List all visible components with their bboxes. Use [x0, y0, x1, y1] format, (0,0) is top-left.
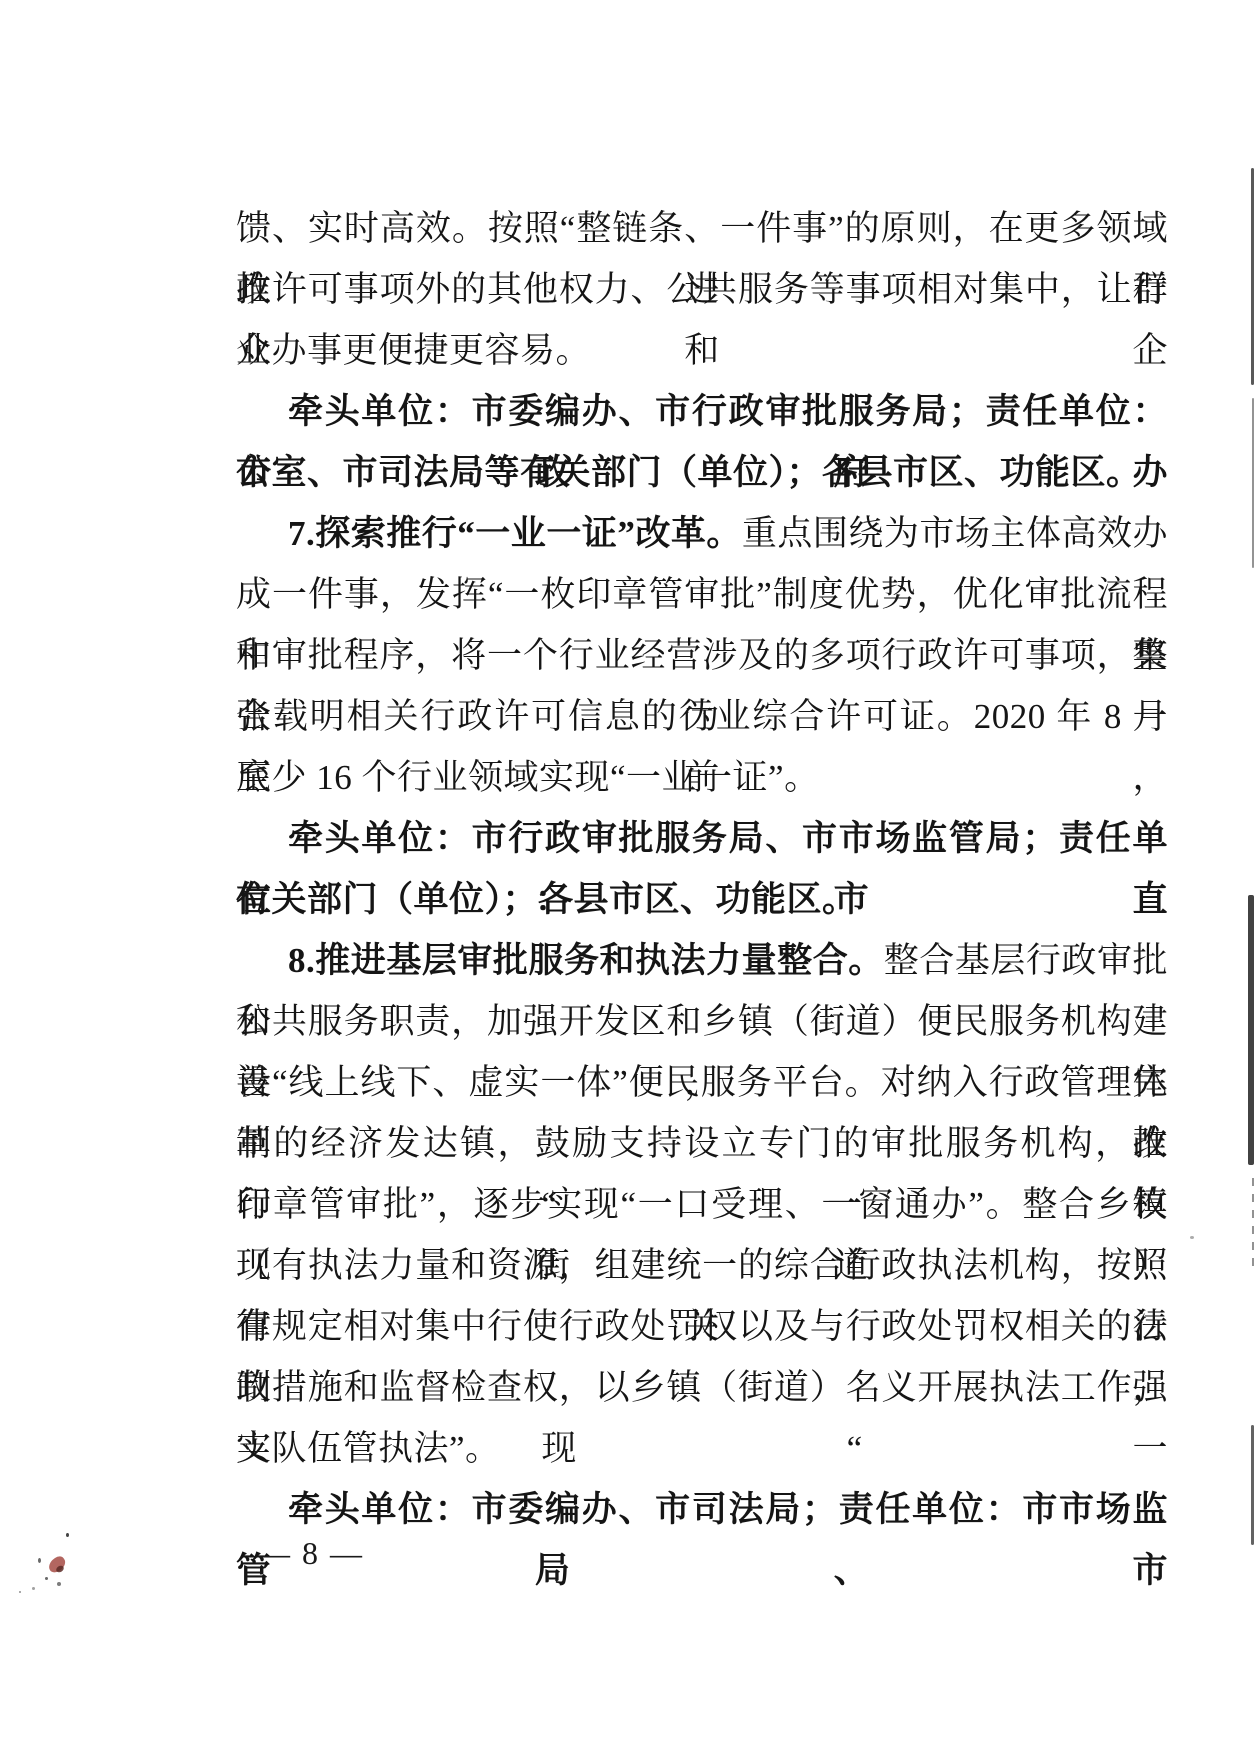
scan-streak-artifact	[1252, 398, 1254, 568]
text-line: 现有执法力量和资源，组建统一的综合行政执法机构，按照有关法	[236, 1235, 1168, 1296]
scan-streak-artifact	[1251, 168, 1254, 385]
text-line: 善“线上线下、虚实一体”便民服务平台。对纳入行政管理体制改	[236, 1052, 1168, 1113]
ink-speck	[57, 1582, 61, 1586]
text-line: 政许可事项外的其他权力、公共服务等事项相对集中，让群众和企	[236, 259, 1168, 320]
bold-text-segment: 8.推进基层审批服务和执法力量整合。	[288, 941, 884, 980]
ink-speck	[66, 1533, 69, 1537]
ink-speck	[1190, 1236, 1194, 1239]
bold-text-segment: 牵头单位：市委编办、市司法局；责任单位：市市场监管局、市	[236, 1490, 1168, 1590]
ink-speck	[19, 1591, 21, 1593]
text-segment: 至少 16 个行业领域实现“一业一证”。	[236, 758, 820, 797]
scan-streak-artifact	[1251, 1425, 1254, 1545]
text-line: 律规定相对集中行使行政处罚权以及与行政处罚权相关的行政强	[236, 1296, 1168, 1357]
text-line: 公室、市司法局等有关部门（单位）；各县市区、功能区。	[236, 442, 1168, 503]
ink-speck	[32, 1587, 35, 1590]
bold-text-segment: 7.探索推行“一业一证”改革。	[288, 514, 742, 553]
text-line: 张载明相关行政许可信息的行业综合许可证。2020 年 8 月底前，	[236, 686, 1168, 747]
text-line: 革的经济发达镇，鼓励支持设立专门的审批服务机构，推行“一枚	[236, 1113, 1168, 1174]
text-segment: 业办事更便捷更容易。	[236, 331, 591, 370]
text-line: 公共服务职责，加强开发区和乡镇（街道）便民服务机构建设，完	[236, 991, 1168, 1052]
text-line: 中审批程序，将一个行业经营涉及的多项行政许可事项，整合为一	[236, 625, 1168, 686]
bold-text-segment: 有关部门（单位）；各县市区、功能区。	[236, 880, 858, 919]
scan-streak-artifact	[1248, 895, 1254, 1165]
page-number: — 8 —	[258, 1528, 364, 1578]
text-line: 牵头单位：市行政审批服务局、市市场监管局；责任单位：市直	[236, 808, 1168, 869]
text-segment: 支队伍管执法”。	[236, 1429, 501, 1468]
text-segment: 重点围绕为市场主体高效办	[742, 514, 1168, 553]
text-line: 成一件事，发挥“一枚印章管审批”制度优势，优化审批流程和集	[236, 564, 1168, 625]
text-line: 牵头单位：市委编办、市司法局；责任单位：市市场监管局、市	[236, 1479, 1168, 1540]
scan-streak-artifact	[1252, 1178, 1254, 1268]
ink-speck	[38, 1558, 41, 1563]
text-line: 7.探索推行“一业一证”改革。重点围绕为市场主体高效办	[236, 503, 1168, 564]
text-line: 印章管审批”，逐步实现“一口受理、一窗通办”。整合乡镇（街道）	[236, 1174, 1168, 1235]
text-line: 牵头单位：市委编办、市行政审批服务局；责任单位：市政府办	[236, 381, 1168, 442]
text-line: 馈、实时高效。按照“整链条、一件事”的原则，在更多领域推进行	[236, 198, 1168, 259]
ink-speck	[45, 1577, 48, 1580]
text-block: 馈、实时高效。按照“整链条、一件事”的原则，在更多领域推进行政许可事项外的其他权…	[236, 198, 1168, 1540]
text-line: 8.推进基层审批服务和执法力量整合。整合基层行政审批和	[236, 930, 1168, 991]
scanned-document-page: 馈、实时高效。按照“整链条、一件事”的原则，在更多领域推进行政许可事项外的其他权…	[0, 0, 1258, 1749]
text-line: 制措施和监督检查权，以乡镇（街道）名义开展执法工作，实现“一	[236, 1357, 1168, 1418]
bold-text-segment: 公室、市司法局等有关部门（单位）；各县市区、功能区。	[236, 453, 1142, 492]
